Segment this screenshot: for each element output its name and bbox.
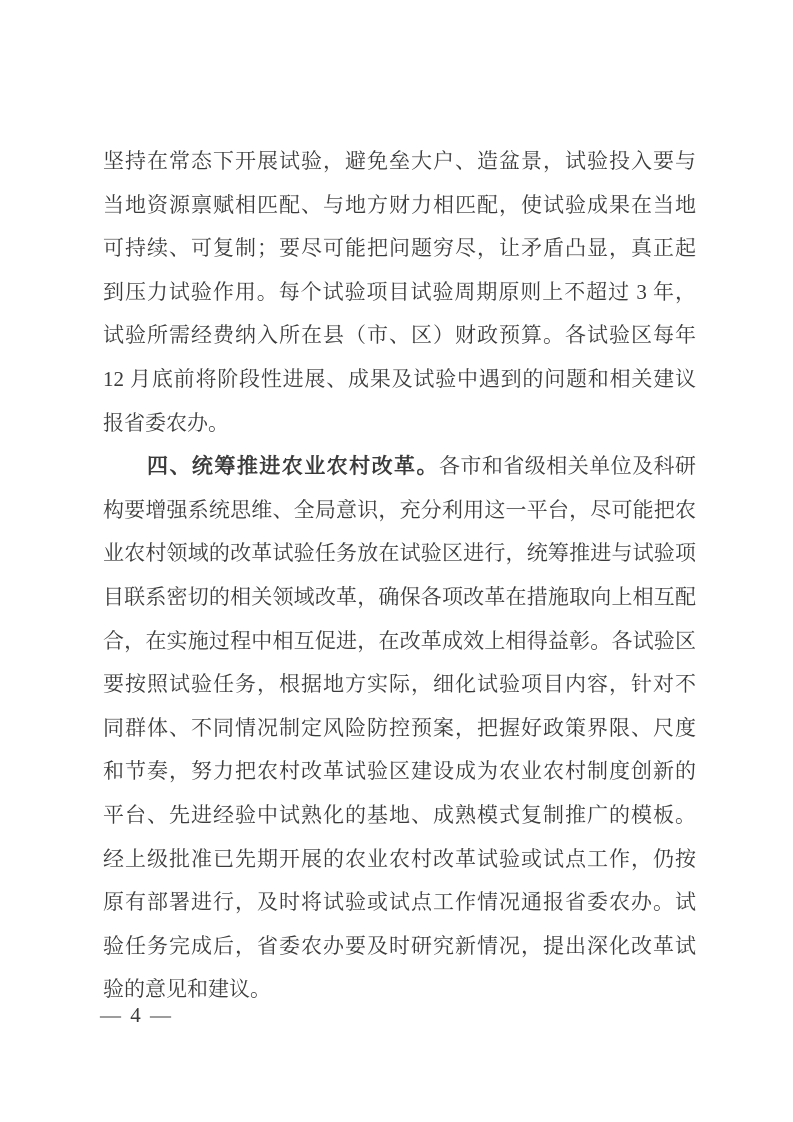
line-text: 要按照试验任务，根据地方实际，细化试验项目内容，针对不 [103,672,696,696]
text-line: 原有部署进行，及时将试验或试点工作情况通报省委农办。试 [103,881,696,925]
line-text: 目联系密切的相关领域改革，确保各项改革在措施取向上相互配 [103,585,696,609]
text-line: 和节奏，努力把农村改革试验区建设成为农业农村制度创新的 [103,750,696,794]
line-text: 当地资源禀赋相匹配、与地方财力相匹配，使试验成果在当地 [103,193,696,217]
line-text: 12 月底前将阶段性进展、成果及试验中遇到的问题和相关建议 [103,367,696,391]
line-text: 坚持在常态下开展试验，避免垒大户、造盆景，试验投入要与 [103,149,696,173]
line-text: 可持续、可复制；要尽可能把问题穷尽，让矛盾凸显，真正起 [103,236,696,260]
line-text: 经上级批准已先期开展的农业农村改革试验或试点工作，仍按 [103,847,696,871]
line-text: 构要增强系统思维、全局意识，充分利用这一平台，尽可能把农 [103,498,696,522]
text-line: 业农村领域的改革试验任务放在试验区进行，统筹推进与试验项 [103,532,696,576]
text-line: 验的意见和建议。 [103,968,696,1012]
body-text: 坚持在常态下开展试验，避免垒大户、造盆景，试验投入要与当地资源禀赋相匹配、与地方… [103,140,696,1012]
text-line: 12 月底前将阶段性进展、成果及试验中遇到的问题和相关建议 [103,358,696,402]
line-text: 到压力试验作用。每个试验项目试验周期原则上不超过 3 年， [103,280,696,304]
text-line: 同群体、不同情况制定风险防控预案，把握好政策界限、尺度 [103,707,696,751]
text-line: 四、统筹推进农业农村改革。各市和省级相关单位及科研机 [103,445,696,489]
text-line: 坚持在常态下开展试验，避免垒大户、造盆景，试验投入要与 [103,140,696,184]
section-heading: 四、统筹推进农业农村改革。 [147,455,439,478]
text-line: 构要增强系统思维、全局意识，充分利用这一平台，尽可能把农 [103,489,696,533]
line-text: 业农村领域的改革试验任务放在试验区进行，统筹推进与试验项 [103,541,696,565]
text-line: 合，在实施过程中相互促进，在改革成效上相得益彰。各试验区 [103,620,696,664]
text-line: 到压力试验作用。每个试验项目试验周期原则上不超过 3 年， [103,271,696,315]
text-line: 报省委农办。 [103,402,696,446]
line-text: 平台、先进经验中试熟化的基地、成熟模式复制推广的模板。 [103,803,696,827]
text-line: 经上级批准已先期开展的农业农村改革试验或试点工作，仍按 [103,838,696,882]
line-text: 试验所需经费纳入所在县（市、区）财政预算。各试验区每年 [103,323,696,347]
line-text: 验任务完成后，省委农办要及时研究新情况，提出深化改革试 [103,934,696,958]
line-text: 合，在实施过程中相互促进，在改革成效上相得益彰。各试验区 [103,629,696,653]
document-page: 坚持在常态下开展试验，避免垒大户、造盆景，试验投入要与当地资源禀赋相匹配、与地方… [0,0,793,1122]
page-number: — 4 — [100,998,173,1032]
line-text: 和节奏，努力把农村改革试验区建设成为农业农村制度创新的 [103,759,696,783]
text-line: 当地资源禀赋相匹配、与地方财力相匹配，使试验成果在当地 [103,184,696,228]
line-text: 同群体、不同情况制定风险防控预案，把握好政策界限、尺度 [103,716,696,740]
text-line: 要按照试验任务，根据地方实际，细化试验项目内容，针对不 [103,663,696,707]
text-line: 验任务完成后，省委农办要及时研究新情况，提出深化改革试 [103,925,696,969]
text-line: 可持续、可复制；要尽可能把问题穷尽，让矛盾凸显，真正起 [103,227,696,271]
text-line: 平台、先进经验中试熟化的基地、成熟模式复制推广的模板。 [103,794,696,838]
text-line: 目联系密切的相关领域改革，确保各项改革在措施取向上相互配 [103,576,696,620]
text-line: 试验所需经费纳入所在县（市、区）财政预算。各试验区每年 [103,314,696,358]
line-text: 报省委农办。 [103,411,229,435]
line-text: 原有部署进行，及时将试验或试点工作情况通报省委农办。试 [103,890,696,914]
